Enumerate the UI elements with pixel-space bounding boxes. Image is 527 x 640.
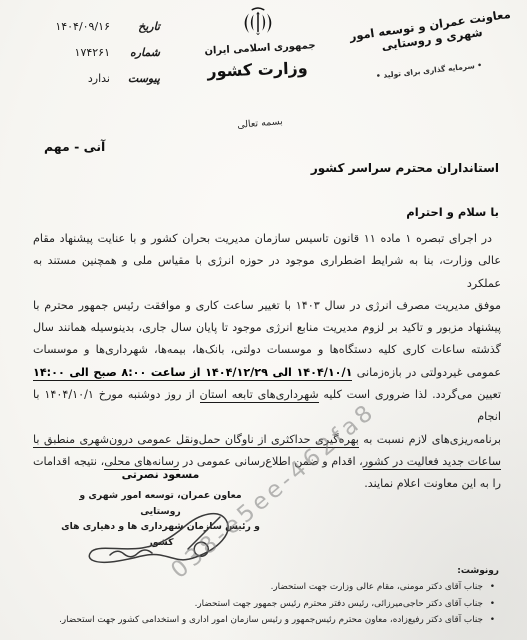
iran-emblem-icon xyxy=(239,5,277,41)
meta-label: شماره xyxy=(124,46,160,59)
body-paragraph: در اجرای تبصره ۱ ماده ۱۱ قانون تاسیس ساز… xyxy=(33,228,501,496)
republic-title: جمهوری اسلامی ایران xyxy=(200,40,320,57)
signer-name: مسعود نصرتی xyxy=(58,468,263,481)
body-text-segment: موفق مدیریت مصرف انرژی در سال ۱۴۰۳ با تغ… xyxy=(33,299,501,312)
body-text-segment: ، نتیجه اقدامات xyxy=(33,455,104,468)
meta-value: ۱۴۰۴/۰۹/۱۶ xyxy=(55,20,110,33)
body-line: در اجرای تبصره ۱ ماده ۱۱ قانون تاسیس ساز… xyxy=(33,228,501,250)
meta-row: تاریخ۱۴۰۴/۰۹/۱۶ xyxy=(40,20,160,46)
year-slogan: • سرمایه گذاری برای تولید • xyxy=(369,60,489,81)
salutation-line: با سلام و احترام xyxy=(406,205,499,219)
body-line: موفق مدیریت مصرف انرژی در سال ۱۴۰۳ با تغ… xyxy=(33,295,501,317)
body-text-segment: در اجرای تبصره ۱ ماده ۱۱ قانون تاسیس ساز… xyxy=(33,232,492,245)
cc-item: جناب آقای دکتر رفیع‌زاده، معاون محترم رئ… xyxy=(30,612,499,629)
body-text-segment: پیشنهاد مزبور و تاکید بر لزوم مدیریت منا… xyxy=(33,321,501,334)
body-text-segment: را به این معاونت اعلام نمایند. xyxy=(364,477,501,490)
body-line: گذشته ساعات کاری کلیه دستگاه‌ها و موسسات… xyxy=(33,339,501,361)
body-text-segment: گذشته ساعات کاری کلیه دستگاه‌ها و موسسات… xyxy=(33,343,501,356)
recipient-line: استانداران محترم سراسر کشور xyxy=(311,161,499,175)
priority-label: آنی - مهم xyxy=(44,139,105,154)
body-line: عالی وزارت، بنا به شرایط اضطراری موجود د… xyxy=(33,250,501,295)
meta-label: تاریخ xyxy=(124,20,160,33)
meta-row: شماره۱۷۴۲۶۱ xyxy=(40,46,160,72)
letter-meta-block: تاریخ۱۴۰۴/۰۹/۱۶شماره۱۷۴۲۶۱پیوستندارد xyxy=(40,20,160,98)
cc-list: جناب آقای دکتر مومنی، مقام عالی وزارت جه… xyxy=(30,579,499,629)
meta-row: پیوستندارد xyxy=(40,72,160,98)
meta-label: پیوست xyxy=(124,72,160,85)
cc-item: جناب آقای دکتر حاجی‌میرزائی، رئیس دفتر م… xyxy=(30,596,499,613)
department-title: معاونت عمران و توسعه امور شهری و روستایی xyxy=(336,5,526,59)
cc-block: رونوشت: جناب آقای دکتر مومنی، مقام عالی … xyxy=(30,566,499,629)
cc-label: رونوشت: xyxy=(30,566,499,576)
body-line: پیشنهاد مزبور و تاکید بر لزوم مدیریت منا… xyxy=(33,317,501,339)
body-line: عمومی غیردولتی در بازه‌زمانی ۱۴۰۴/۱۰/۱ ا… xyxy=(33,362,501,384)
body-line: تعیین می‌گردد. لذا ضروری است کلیه شهردار… xyxy=(33,384,501,429)
meta-value: ۱۷۴۲۶۱ xyxy=(75,46,110,59)
body-text-segment: تعیین می‌گردد. لذا ضروری است کلیه xyxy=(319,388,501,401)
ministry-title: وزارت کشور xyxy=(195,58,321,81)
body-text-segment: شهرداری‌های تابعه استان xyxy=(200,388,319,403)
scanned-letter-page: تاریخ۱۴۰۴/۰۹/۱۶شماره۱۷۴۲۶۱پیوستندارد جمه… xyxy=(0,0,527,640)
body-text-segment: عالی وزارت، بنا به شرایط اضطراری موجود د… xyxy=(33,254,501,289)
body-text-segment: ۱۴۰۴/۱۰/۱ الی ۱۴۰۴/۱۲/۲۹ از ساعت ۸:۰۰ صب… xyxy=(33,366,352,381)
body-text-segment: ساعات جدید فعالیت در کشور xyxy=(363,455,501,470)
body-text-segment: ، اقدام و ضمن اطلاع‌رسانی عمومی در xyxy=(179,455,362,468)
body-line: برنامه‌ریزی‌های لازم نسبت به بهره‌گیری ح… xyxy=(33,429,501,451)
cc-item: جناب آقای دکتر مومنی، مقام عالی وزارت جه… xyxy=(30,579,499,596)
body-text-segment: عمومی غیردولتی در بازه‌زمانی xyxy=(352,366,501,379)
bismillah-text: بسمه تعالی xyxy=(215,114,306,133)
meta-value: ندارد xyxy=(88,72,110,85)
body-text-segment: برنامه‌ریزی‌های لازم نسبت به xyxy=(359,433,501,446)
